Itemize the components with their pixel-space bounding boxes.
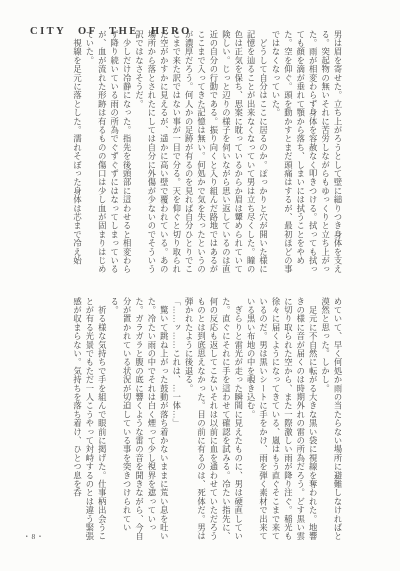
paragraph: 足元に不自然に転がる大きな黒い袋に視線を奪われた。地響きの様に音が届くのは時期外… [244,297,318,544]
lower-text-band: めていて、早く何処か雨の当たらない場所に避難しなければと漠然と思った。しかし。 … [51,297,343,544]
paragraph: 視線を足元に落とした。濡れそぼった身体は芯まで冷え始 [70,30,82,275]
paragraph: 男は眉を寄せた。立ち上がろうとして壁に縋りつき身体を支える。突起物の無いそれに苦… [269,30,343,275]
book-page: CITY OF THE HERO 男は眉を寄せた。立ち上がろうとして壁に縋りつき… [0,0,400,571]
paragraph: めていて、早く何処か雨の当たらない場所に避難しなければと漠然と思った。しかし。 [318,297,343,544]
paragraph: 「……ッ……これは、…一体…」 [169,297,181,544]
paragraph: 少しだけ冷静になった。指先を後頭部に這わせると相変わらず降り続いている雨の所為で… [82,30,132,275]
paragraph: 驚いて跳ね上がった鼓動が落ち着かないままに荒い息を吐いた。冷たい雨の中でそれは白… [107,297,169,544]
paragraph: 祈る様な気持ちで手を組んで眼前に掲げた。仕事柄出会うことが有る光景でもただ一人こ… [70,297,107,544]
upper-text-band: 男は眉を寄せた。立ち上がろうとして壁に縋りつき身体を支える。突起物の無いそれに苦… [51,30,343,275]
page-number: ・8・ [23,531,45,542]
paragraph: どうして自分はここに居るのか。ぽっかりと穴が開いた様に記憶を辿ることが出来なくな… [132,30,268,275]
paragraph: ぎらりと雷光が走った瞬間に見えたものに、男は硬直していた。直ぐにそれに手を這わせ… [182,297,244,544]
